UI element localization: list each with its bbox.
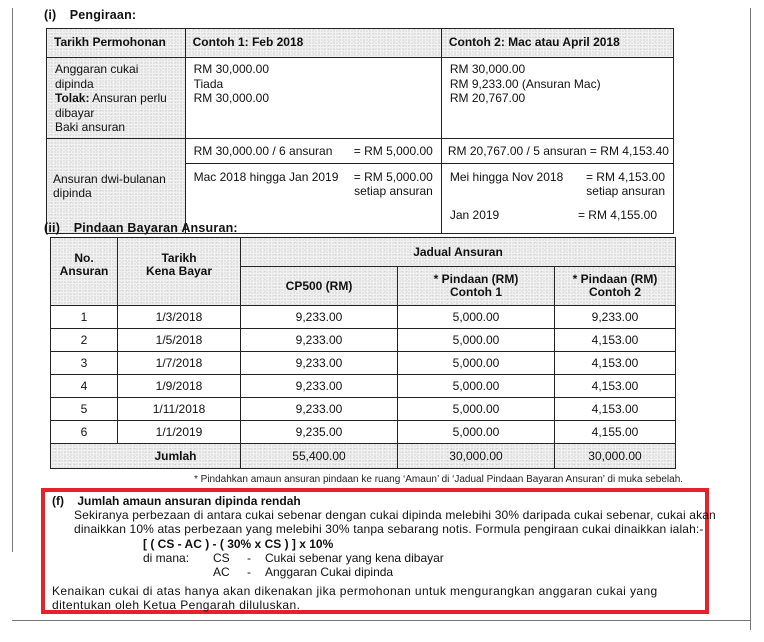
c2-period-row: Mei hingga Nov 2018 = RM 4,153.00 setiap… <box>442 164 673 226</box>
cell-cp500: 9,233.00 <box>241 352 398 375</box>
c1-anggaran: RM 30,000.00 <box>194 62 433 77</box>
def-ac-meaning: Anggaran Cukai dipinda <box>265 565 393 579</box>
section-i-title: (i) Pengiraan: <box>44 8 136 22</box>
total-pindaan-2: 30,000.00 <box>555 444 676 469</box>
header-pindaan-contoh-1: * Pindaan (RM) Contoh 1 <box>398 267 555 306</box>
cell-cp500: 9,233.00 <box>241 329 398 352</box>
cell-p2: 4,153.00 <box>555 352 676 375</box>
cell-no: 1 <box>51 306 118 329</box>
formula: [ ( CS - AC ) - ( 30% x CS ) ] x 10% <box>143 537 333 551</box>
c1-period-note: setiap ansuran <box>194 184 433 198</box>
def-ac-dash: - <box>247 565 265 579</box>
balance-contoh-2: RM 30,000.00 RM 9,233.00 (Ansuran Mac) R… <box>441 58 673 139</box>
schedule-header-row-1: No. Ansuran Tarikh Kena Bayar Jadual Ans… <box>51 238 676 267</box>
def-cs-dash: - <box>247 551 265 565</box>
cell-cp500: 9,233.00 <box>241 398 398 421</box>
calculation-header-row: Tarikh Permohonan Contoh 1: Feb 2018 Con… <box>47 29 674 58</box>
section-ii-heading: Pindaan Bayaran Ansuran: <box>74 221 238 235</box>
total-cp500: 55,400.00 <box>241 444 398 469</box>
calculation-row-balance: Anggaran cukai dipinda Tolak: Ansuran pe… <box>47 58 674 139</box>
c2-calc-row: RM 20,767.00 / 5 ansuran = RM 4,153.40 <box>442 139 673 164</box>
calculation-table: Tarikh Permohonan Contoh 1: Feb 2018 Con… <box>46 28 674 234</box>
header-contoh-1: Contoh 1: Feb 2018 <box>185 29 441 58</box>
cell-p1: 5,000.00 <box>398 398 555 421</box>
balance-contoh-1: RM 30,000.00 Tiada RM 30,000.00 <box>185 58 441 139</box>
definition-ac: AC-Anggaran Cukai dipinda <box>143 565 393 579</box>
cell-date: 1/9/2018 <box>118 375 241 398</box>
section-f-title: (f) Jumlah amaun ansuran dipinda rendah <box>52 494 301 508</box>
header-tarikh-permohonan: Tarikh Permohonan <box>47 29 186 58</box>
c1-baki: RM 30,000.00 <box>194 91 433 106</box>
cell-p2: 4,153.00 <box>555 398 676 421</box>
header-p1-line2: Contoh 1 <box>398 286 554 299</box>
cell-p2: 4,155.00 <box>555 421 676 444</box>
cell-date: 1/3/2018 <box>118 306 241 329</box>
page-right-edge <box>750 8 751 630</box>
table-row: 31/7/20189,233.005,000.004,153.00 <box>51 352 676 375</box>
table-row: 61/1/20199,235.005,000.004,155.00 <box>51 421 676 444</box>
header-pindaan-contoh-2: * Pindaan (RM) Contoh 2 <box>555 267 676 306</box>
page-bottom-edge <box>12 620 750 621</box>
cell-no: 5 <box>51 398 118 421</box>
header-contoh-2: Contoh 2: Mac atau April 2018 <box>441 29 673 58</box>
total-label: Jumlah <box>51 444 241 469</box>
header-p2-line2: Contoh 2 <box>555 286 675 299</box>
cell-no: 2 <box>51 329 118 352</box>
def-ac-abbr: AC <box>213 565 247 579</box>
schedule-footnote: * Pindahkan amaun ansuran pindaan ke rua… <box>194 474 683 485</box>
where-label: di mana: <box>143 551 213 565</box>
table-row: 51/11/20189,233.005,000.004,153.00 <box>51 398 676 421</box>
c1-period-right: = RM 5,000.00 <box>354 170 433 184</box>
table-row: 11/3/20189,233.005,000.009,233.00 <box>51 306 676 329</box>
cell-p1: 5,000.00 <box>398 352 555 375</box>
cell-p2: 9,233.00 <box>555 306 676 329</box>
closing-line-1: Kenaikan cukai di atas hanya akan dikena… <box>52 584 658 598</box>
header-no-line2: Ansuran <box>51 265 117 278</box>
def-cs-abbr: CS <box>213 551 247 565</box>
closing-line-2: ditentukan oleh Ketua Pengarah diluluska… <box>52 598 300 612</box>
def-cs-meaning: Cukai sebenar yang kena dibayar <box>265 551 444 565</box>
cell-cp500: 9,233.00 <box>241 306 398 329</box>
cell-p2: 4,153.00 <box>555 375 676 398</box>
cell-date: 1/1/2019 <box>118 421 241 444</box>
section-i-number: (i) <box>44 8 66 22</box>
cell-date: 1/11/2018 <box>118 398 241 421</box>
c2-baki: RM 20,767.00 <box>450 91 665 106</box>
c2-last-left: Jan 2019 <box>450 208 499 222</box>
c2-last-right: = RM 4,155.00 <box>578 208 665 222</box>
page-left-edge <box>12 8 13 552</box>
definition-cs: di mana:CS-Cukai sebenar yang kena dibay… <box>143 551 444 565</box>
section-f-heading: Jumlah amaun ansuran dipinda rendah <box>77 494 300 508</box>
cell-p2: 4,153.00 <box>555 329 676 352</box>
installment-contoh-2: RM 20,767.00 / 5 ansuran = RM 4,153.40 M… <box>441 138 673 233</box>
cell-date: 1/7/2018 <box>118 352 241 375</box>
c2-anggaran: RM 30,000.00 <box>450 62 665 77</box>
schedule-body: 11/3/20189,233.005,000.009,233.0021/5/20… <box>51 306 676 444</box>
c2-period-right: = RM 4,153.00 <box>586 170 665 184</box>
cell-p1: 5,000.00 <box>398 306 555 329</box>
table-row: 41/9/20189,233.005,000.004,153.00 <box>51 375 676 398</box>
section-f-body-line-1: Sekiranya perbezaan di antara cukai sebe… <box>74 508 716 522</box>
label-tolak-bold: Tolak: <box>55 91 89 105</box>
section-i-heading: Pengiraan: <box>70 8 137 22</box>
header-jadual-ansuran: Jadual Ansuran <box>241 238 676 267</box>
table-row: 21/5/20189,233.005,000.004,153.00 <box>51 329 676 352</box>
label-anggaran: Anggaran cukai dipinda <box>55 62 177 91</box>
cell-p1: 5,000.00 <box>398 375 555 398</box>
cell-no: 6 <box>51 421 118 444</box>
header-cp500: CP500 (RM) <box>241 267 398 306</box>
c2-period-left: Mei hingga Nov 2018 <box>450 170 563 184</box>
section-f-number: (f) <box>52 494 74 508</box>
total-pindaan-1: 30,000.00 <box>398 444 555 469</box>
calculation-row-installments: Ansuran dwi-bulanan dipinda RM 30,000.00… <box>47 138 674 233</box>
c1-period-left: Mac 2018 hingga Jan 2019 <box>194 170 339 184</box>
c1-calc-right: = RM 5,000.00 <box>354 144 433 158</box>
c1-calc-row: RM 30,000.00 / 6 ansuran = RM 5,000.00 <box>186 139 441 164</box>
balance-labels: Anggaran cukai dipinda Tolak: Ansuran pe… <box>47 58 186 139</box>
section-f-body-line-2: dinaikkan 10% atas perbezaan yang melebi… <box>74 522 704 536</box>
cell-date: 1/5/2018 <box>118 329 241 352</box>
header-no-ansuran: No. Ansuran <box>51 238 118 306</box>
schedule-total-row: Jumlah 55,400.00 30,000.00 30,000.00 <box>51 444 676 469</box>
cell-cp500: 9,233.00 <box>241 375 398 398</box>
cell-no: 3 <box>51 352 118 375</box>
installment-schedule-table: No. Ansuran Tarikh Kena Bayar Jadual Ans… <box>50 237 676 469</box>
c1-period-row: Mac 2018 hingga Jan 2019 = RM 5,000.00 s… <box>186 164 441 203</box>
cell-p1: 5,000.00 <box>398 329 555 352</box>
label-tolak: Tolak: Ansuran perlu dibayar <box>55 91 177 120</box>
header-date-line2: Kena Bayar <box>118 265 240 278</box>
cell-no: 4 <box>51 375 118 398</box>
section-ii-title: (ii) Pindaan Bayaran Ansuran: <box>44 221 238 235</box>
header-tarikh-kena-bayar: Tarikh Kena Bayar <box>118 238 241 306</box>
c2-tolak: RM 9,233.00 (Ansuran Mac) <box>450 77 665 92</box>
section-ii-number: (ii) <box>44 221 70 235</box>
c2-period-note: setiap ansuran <box>450 184 665 198</box>
installment-contoh-1: RM 30,000.00 / 6 ansuran = RM 5,000.00 M… <box>185 138 441 233</box>
c1-calc-left: RM 30,000.00 / 6 ansuran <box>194 144 333 158</box>
c1-tolak: Tiada <box>194 77 433 92</box>
label-baki: Baki ansuran <box>55 120 177 135</box>
installment-label: Ansuran dwi-bulanan dipinda <box>47 138 186 233</box>
cell-p1: 5,000.00 <box>398 421 555 444</box>
cell-cp500: 9,235.00 <box>241 421 398 444</box>
